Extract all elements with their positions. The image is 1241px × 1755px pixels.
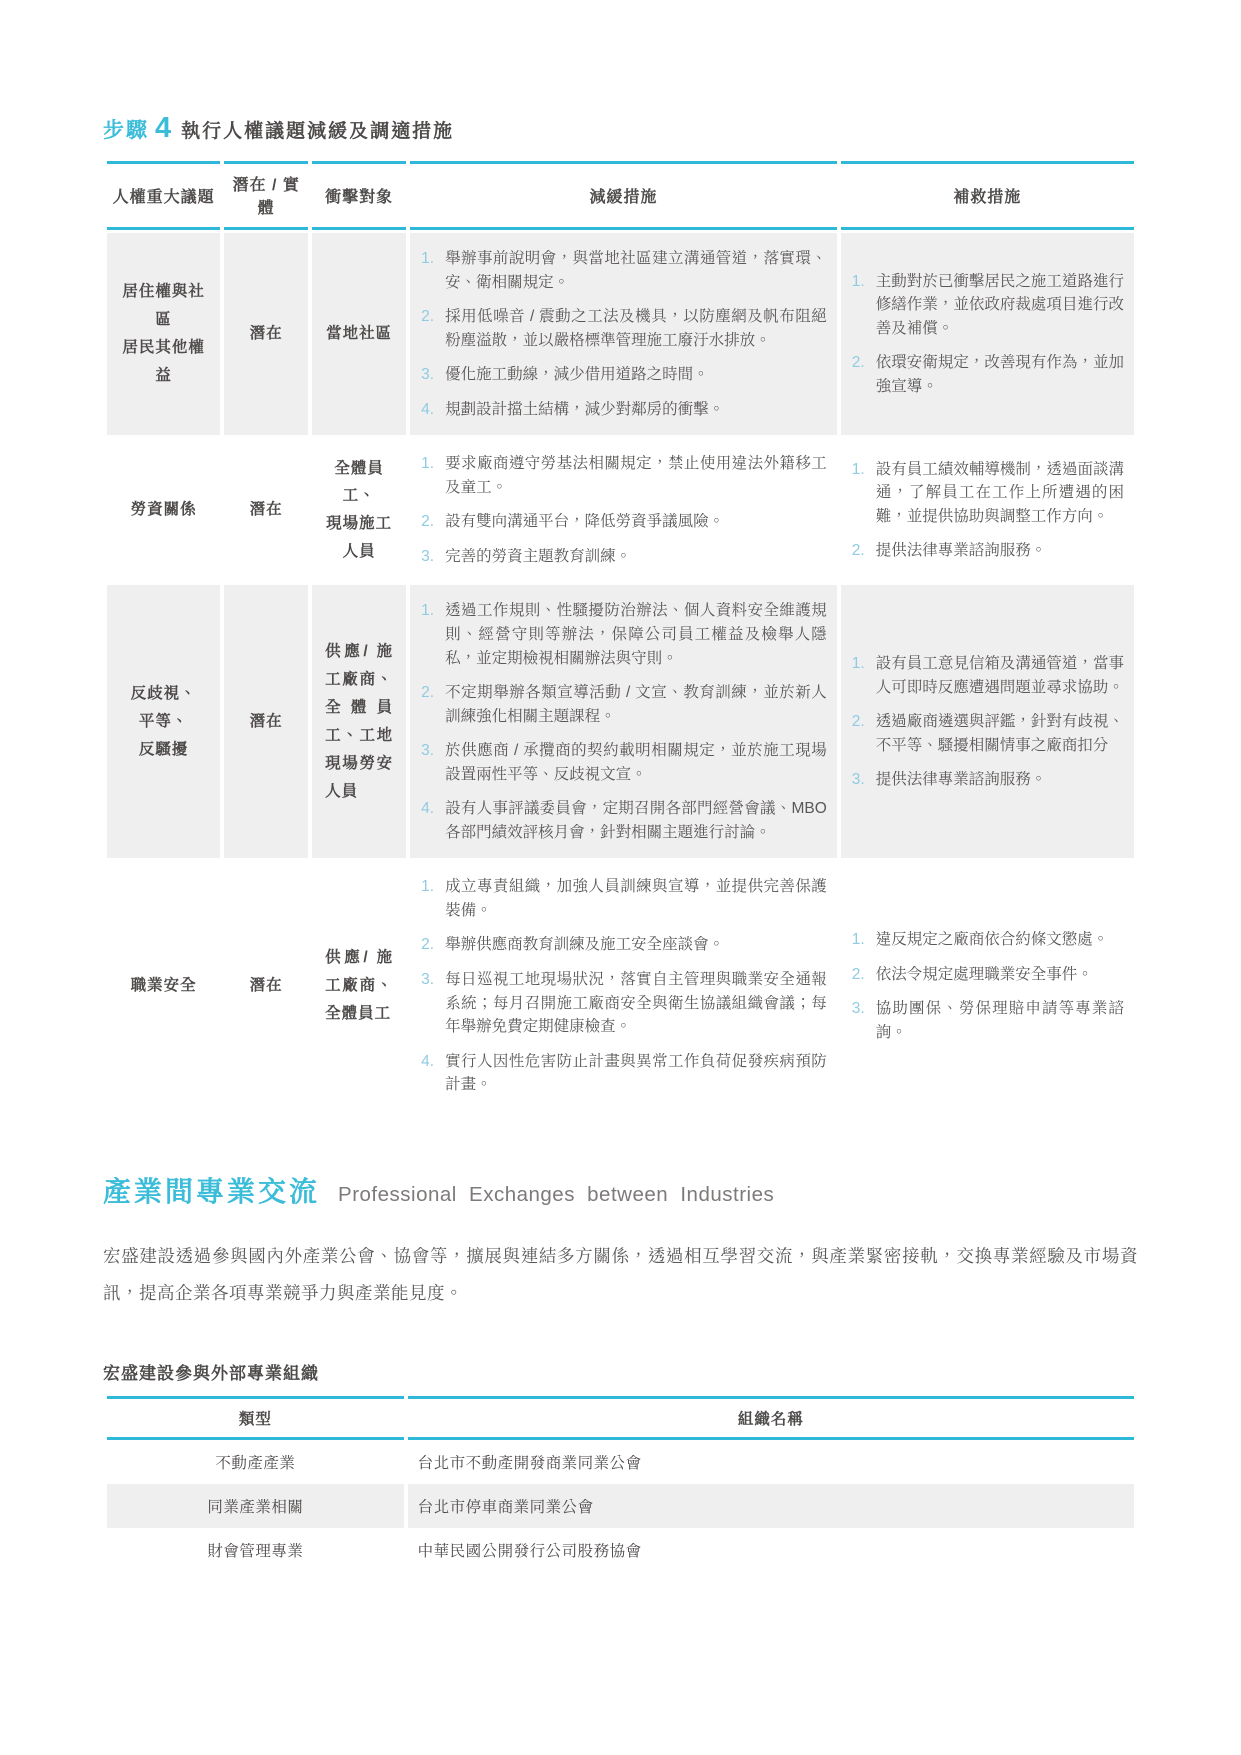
measure-item: 設有員工意見信箱及溝通管道，當事人可即時反應遭遇問題並尋求協助。 [851, 652, 1124, 699]
human-rights-table: 人權重大議題 潛在 / 實體 衝擊對象 減緩措施 補救措施 居住權與社區 居民其… [103, 158, 1138, 1114]
external-organizations-table: 類型 組織名稱 不動產產業 台北市不動產開發商業同業公會 同業產業相關 台北市停… [103, 1396, 1138, 1572]
measure-item: 要求廠商遵守勞基法相關規定，禁止使用違法外籍移工及童工。 [420, 452, 827, 499]
mitigation-list: 要求廠商遵守勞基法相關規定，禁止使用違法外籍移工及童工。 設有雙向溝通平台，降低… [420, 452, 827, 568]
header-row: 類型 組織名稱 [107, 1396, 1134, 1440]
org-table-title: 宏盛建設參與外部專業組織 [103, 1359, 1138, 1384]
header-row: 人權重大議題 潛在 / 實體 衝擊對象 減緩措施 補救措施 [107, 161, 1134, 230]
mitigation-list: 透過工作規則、性騷擾防治辦法、個人資料安全維護規則、經營守則等辦法，保障公司員工… [420, 599, 827, 844]
measure-item: 規劃設計擋土結構，減少對鄰房的衝擊。 [420, 398, 827, 422]
measure-item: 於供應商 / 承攬商的契約載明相關規定，並於施工現場設置兩性平等、反歧視文宣。 [420, 739, 827, 786]
type-cell: 潛在 [224, 438, 308, 582]
remedy-list: 設有員工意見信箱及溝通管道，當事人可即時反應遭遇問題並尋求協助。 透過廠商遴選與… [851, 652, 1124, 792]
human-rights-table-header: 人權重大議題 潛在 / 實體 衝擊對象 減緩措施 補救措施 [107, 161, 1134, 230]
org-type-cell: 財會管理專業 [107, 1528, 404, 1572]
section-title-en: Professional Exchanges between Industrie… [338, 1183, 774, 1207]
step-title: 執行人權議題減緩及調適措施 [181, 116, 454, 143]
remedy-cell: 違反規定之廠商依合約條文懲處。 依法令規定處理職業安全事件。 協助團保、勞保理賠… [841, 861, 1134, 1110]
target-cell: 全體員工、 現場施工人員 [312, 438, 406, 582]
table-row: 不動產產業 台北市不動產開發商業同業公會 [107, 1440, 1134, 1484]
measure-item: 每日巡視工地現場狀況，落實自主管理與職業安全通報系統；每月召開施工廠商安全與衛生… [420, 968, 827, 1039]
table-row-anti-discrimination: 反歧視、 平等、 反騷擾 潛在 供應/ 施工廠商、全體員工、工地現場勞安人員 透… [107, 585, 1134, 858]
step-number: 4 [155, 112, 171, 145]
mitigation-cell: 要求廠商遵守勞基法相關規定，禁止使用違法外籍移工及童工。 設有雙向溝通平台，降低… [410, 438, 837, 582]
mitigation-cell: 舉辦事前說明會，與當地社區建立溝通管道，落實環、安、衛相關規定。 採用低噪音 /… [410, 233, 837, 435]
step-label: 步驟 [103, 114, 149, 144]
section-heading: 產業間專業交流 Professional Exchanges between I… [103, 1170, 1138, 1210]
org-type-cell: 同業產業相關 [107, 1484, 404, 1528]
mitigation-list: 成立專責組織，加強人員訓練與宣導，並提供完善保護裝備。 舉辦供應商教育訓練及施工… [420, 875, 827, 1096]
measure-item: 透過工作規則、性騷擾防治辦法、個人資料安全維護規則、經營守則等辦法，保障公司員工… [420, 599, 827, 670]
org-name-cell: 中華民國公開發行公司股務協會 [408, 1528, 1134, 1572]
org-table-header: 類型 組織名稱 [107, 1396, 1134, 1440]
org-name-cell: 台北市不動產開發商業同業公會 [408, 1440, 1134, 1484]
measure-item: 依環安衛規定，改善現有作為，並加強宣導。 [851, 351, 1124, 398]
table-row-housing-rights: 居住權與社區 居民其他權益 潛在 當地社區 舉辦事前說明會，與當地社區建立溝通管… [107, 233, 1134, 435]
measure-item: 設有人事評議委員會，定期召開各部門經營會議、MBO 各部門績效評核月會，針對相關… [420, 797, 827, 844]
step-heading: 步驟 4 執行人權議題減緩及調適措施 [103, 112, 1138, 145]
type-cell: 潛在 [224, 585, 308, 858]
issue-cell: 居住權與社區 居民其他權益 [107, 233, 220, 435]
org-type-cell: 不動產產業 [107, 1440, 404, 1484]
measure-item: 成立專責組織，加強人員訓練與宣導，並提供完善保護裝備。 [420, 875, 827, 922]
mitigation-cell: 成立專責組織，加強人員訓練與宣導，並提供完善保護裝備。 舉辦供應商教育訓練及施工… [410, 861, 837, 1110]
issue-cell: 反歧視、 平等、 反騷擾 [107, 585, 220, 858]
table-row: 同業產業相關 台北市停車商業同業公會 [107, 1484, 1134, 1528]
section-title-zh: 產業間專業交流 [103, 1170, 320, 1210]
column-header-remedy: 補救措施 [841, 161, 1134, 230]
table-row-labor-relations: 勞資關係 潛在 全體員工、 現場施工人員 要求廠商遵守勞基法相關規定，禁止使用違… [107, 438, 1134, 582]
table-row-occupational-safety: 職業安全 潛在 供應/ 施工廠商、全體員工 成立專責組織，加強人員訓練與宣導，並… [107, 861, 1134, 1110]
issue-cell: 勞資關係 [107, 438, 220, 582]
measure-item: 不定期舉辦各類宣導活動 / 文宣、教育訓練，並於新人訓練強化相關主題課程。 [420, 681, 827, 728]
measure-item: 設有雙向溝通平台，降低勞資爭議風險。 [420, 510, 827, 534]
type-cell: 潛在 [224, 861, 308, 1110]
measure-item: 透過廠商遴選與評鑑，針對有歧視、不平等、騷擾相關情事之廠商扣分 [851, 710, 1124, 757]
measure-item: 完善的勞資主題教育訓練。 [420, 545, 827, 569]
mitigation-cell: 透過工作規則、性騷擾防治辦法、個人資料安全維護規則、經營守則等辦法，保障公司員工… [410, 585, 837, 858]
column-header-mitigation: 減緩措施 [410, 161, 837, 230]
measure-item: 提供法律專業諮詢服務。 [851, 539, 1124, 563]
column-header-org-name: 組織名稱 [408, 1396, 1134, 1440]
measure-item: 優化施工動線，減少借用道路之時間。 [420, 363, 827, 387]
measure-item: 主動對於已衝擊居民之施工道路進行修繕作業，並依政府裁處項目進行改善及補償。 [851, 270, 1124, 341]
remedy-list: 設有員工績效輔導機制，透過面談溝通，了解員工在工作上所遭遇的困難，並提供協助與調… [851, 458, 1124, 563]
section-paragraph: 宏盛建設透過參與國內外產業公會、協會等，擴展與連結多方關係，透過相互學習交流，與… [103, 1238, 1138, 1313]
column-header-target: 衝擊對象 [312, 161, 406, 230]
measure-item: 實行人因性危害防止計畫與異常工作負荷促發疾病預防計畫。 [420, 1050, 827, 1097]
remedy-list: 主動對於已衝擊居民之施工道路進行修繕作業，並依政府裁處項目進行改善及補償。 依環… [851, 270, 1124, 399]
measure-item: 舉辦事前說明會，與當地社區建立溝通管道，落實環、安、衛相關規定。 [420, 247, 827, 294]
measure-item: 協助團保、勞保理賠申請等專業諮詢。 [851, 997, 1124, 1044]
mitigation-list: 舉辦事前說明會，與當地社區建立溝通管道，落實環、安、衛相關規定。 採用低噪音 /… [420, 247, 827, 421]
measure-item: 依法令規定處理職業安全事件。 [851, 963, 1124, 987]
table-row: 財會管理專業 中華民國公開發行公司股務協會 [107, 1528, 1134, 1572]
remedy-cell: 設有員工意見信箱及溝通管道，當事人可即時反應遭遇問題並尋求協助。 透過廠商遴選與… [841, 585, 1134, 858]
remedy-list: 違反規定之廠商依合約條文懲處。 依法令規定處理職業安全事件。 協助團保、勞保理賠… [851, 928, 1124, 1044]
measure-item: 設有員工績效輔導機制，透過面談溝通，了解員工在工作上所遭遇的困難，並提供協助與調… [851, 458, 1124, 529]
report-page: 步驟 4 執行人權議題減緩及調適措施 人權重大議題 潛在 / 實體 衝擊對象 減… [0, 0, 1241, 1755]
column-header-type: 潛在 / 實體 [224, 161, 308, 230]
remedy-cell: 設有員工績效輔導機制，透過面談溝通，了解員工在工作上所遭遇的困難，並提供協助與調… [841, 438, 1134, 582]
target-cell: 供應/ 施工廠商、全體員工、工地現場勞安人員 [312, 585, 406, 858]
measure-item: 採用低噪音 / 震動之工法及機具，以防塵網及帆布阻絕粉塵溢散，並以嚴格標準管理施… [420, 305, 827, 352]
target-cell: 當地社區 [312, 233, 406, 435]
measure-item: 違反規定之廠商依合約條文懲處。 [851, 928, 1124, 952]
org-name-cell: 台北市停車商業同業公會 [408, 1484, 1134, 1528]
column-header-type: 類型 [107, 1396, 404, 1440]
target-cell: 供應/ 施工廠商、全體員工 [312, 861, 406, 1110]
remedy-cell: 主動對於已衝擊居民之施工道路進行修繕作業，並依政府裁處項目進行改善及補償。 依環… [841, 233, 1134, 435]
column-header-issue: 人權重大議題 [107, 161, 220, 230]
measure-item: 提供法律專業諮詢服務。 [851, 768, 1124, 792]
issue-cell: 職業安全 [107, 861, 220, 1110]
measure-item: 舉辦供應商教育訓練及施工安全座談會。 [420, 933, 827, 957]
type-cell: 潛在 [224, 233, 308, 435]
